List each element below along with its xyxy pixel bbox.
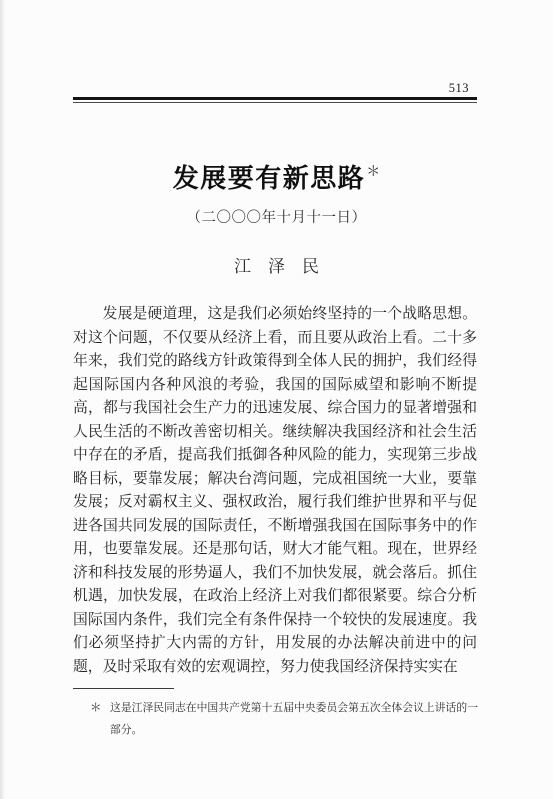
header-rule-thin: [73, 102, 477, 103]
footnote-separator: [73, 688, 174, 689]
title-footnote-marker: ＊: [366, 165, 380, 180]
footnote: ＊ 这是江泽民同志在中国共产党第十五届中央委员会第五次全体会议上讲话的一部分。: [73, 697, 478, 741]
article-title: 发展要有新思路＊: [0, 158, 553, 195]
body-paragraph: 发展是硬道理，这是我们必须始终坚持的一个战略思想。对这个问题，不仅要从经济上看，…: [73, 303, 477, 679]
article-date: （二〇〇〇年十月十一日）: [0, 206, 553, 227]
book-page: 513 发展要有新思路＊ （二〇〇〇年十月十一日） 江 泽 民 发展是硬道理，这…: [0, 0, 553, 799]
header-rule-thick: [73, 97, 477, 100]
footnote-text: 这是江泽民同志在中国共产党第十五届中央委员会第五次全体会议上讲话的一部分。: [110, 702, 478, 736]
article-title-text: 发展要有新思路: [173, 164, 366, 194]
article-body: 发展是硬道理，这是我们必须始终坚持的一个战略思想。对这个问题，不仅要从经济上看，…: [73, 303, 477, 679]
article-author: 江 泽 民: [0, 252, 553, 277]
header-rule: [73, 97, 477, 103]
page-number: 513: [449, 81, 469, 96]
footnote-marker: ＊: [90, 697, 102, 719]
